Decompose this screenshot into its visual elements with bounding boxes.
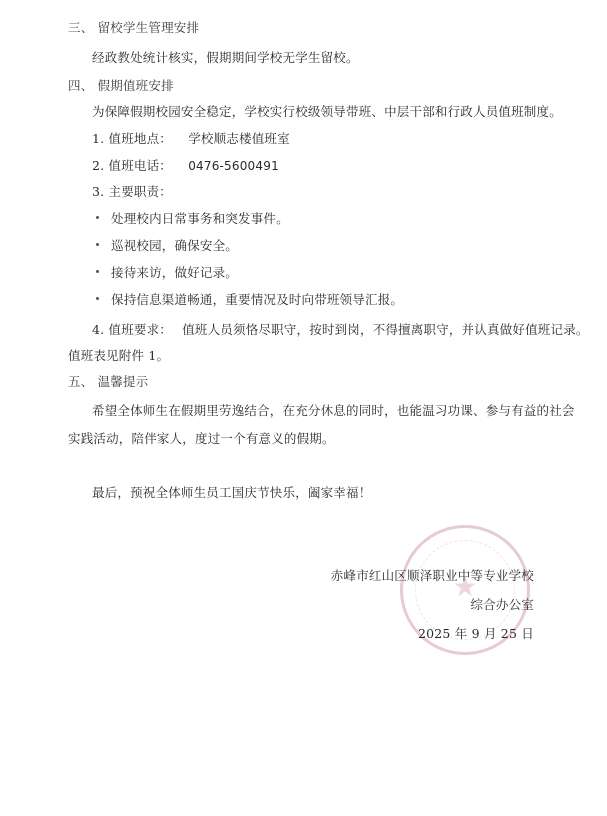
- duty-location: 1. 值班地点： 学校顺志楼值班室: [92, 131, 290, 147]
- duty-phone-label: 2. 值班电话：: [92, 158, 172, 173]
- signature-date: 2025 年 9 月 25 日: [418, 626, 534, 642]
- section-5-heading: 五、 温馨提示: [68, 374, 148, 390]
- duty-item: 巡视校园，确保安全。: [96, 238, 238, 254]
- section-5-body-line-2: 实践活动，陪伴家人，度过一个有意义的假期。: [68, 431, 335, 447]
- bullet-icon: [96, 243, 99, 246]
- signature-department: 综合办公室: [470, 597, 534, 613]
- bullet-icon: [96, 270, 99, 273]
- duty-phone: 2. 值班电话： 0476-5600491: [92, 158, 279, 174]
- duty-item: 接待来访，做好记录。: [96, 265, 238, 281]
- duty-item: 处理校内日常事务和突发事件。: [96, 211, 289, 227]
- section-3-body: 经政教处统计核实，假期期间学校无学生留校。: [92, 50, 359, 66]
- bullet-icon: [96, 216, 99, 219]
- section-5-body-line-1: 希望全体师生在假期里劳逸结合，在充分休息的同时，也能温习功课、参与有益的社会: [92, 403, 575, 419]
- duty-phone-value: 0476-5600491: [188, 159, 279, 173]
- closing-wishes: 最后，预祝全体师生员工国庆节快乐，阖家幸福！: [92, 485, 371, 501]
- bullet-icon: [96, 297, 99, 300]
- duty-location-label: 1. 值班地点：: [92, 131, 172, 146]
- duties-label: 3. 主要职责：: [92, 184, 172, 200]
- section-3-heading: 三、 留校学生管理安排: [68, 20, 199, 36]
- duty-requirements: 4. 值班要求： 值班人员须恪尽职守，按时到岗，不得擅离职守，并认真做好值班记录…: [92, 322, 589, 338]
- signature-organization: 赤峰市红山区顺泽职业中等专业学校: [331, 568, 534, 584]
- section-4-heading: 四、 假期值班安排: [68, 78, 174, 94]
- duty-requirements-continued: 值班表见附件 1。: [68, 348, 169, 364]
- duty-requirements-label: 4. 值班要求：: [92, 322, 172, 337]
- section-4-intro: 为保障假期校园安全稳定，学校实行校级领导带班、中层干部和行政人员值班制度。: [92, 104, 562, 120]
- duty-requirements-value: 值班人员须恪尽职守，按时到岗，不得擅离职守，并认真做好值班记录。: [182, 322, 588, 337]
- duty-location-value: 学校顺志楼值班室: [188, 131, 290, 146]
- duty-item: 保持信息渠道畅通，重要情况及时向带班领导汇报。: [96, 292, 403, 308]
